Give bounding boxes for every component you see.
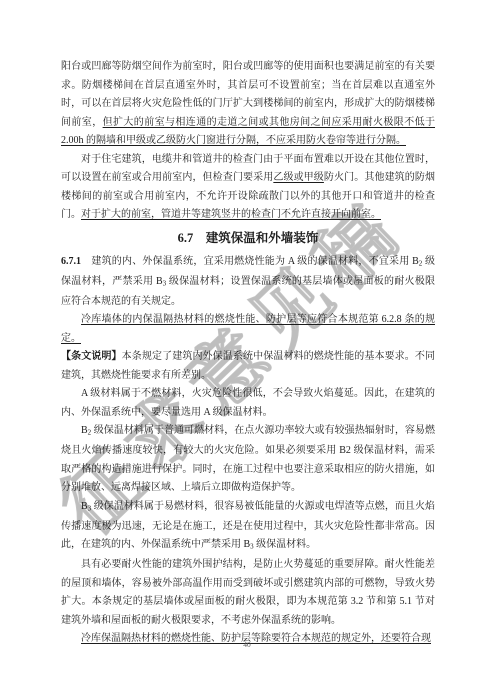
- document-content: 阳台或凹廊等防烟空间作为前室时，阳台或凹廊等的使用面积也要满足前室的有关要求。防…: [61, 58, 435, 649]
- text-segment: A 级材料属于不燃材料，火灾危险性很低，不会导致火焰蔓延。因此，在建筑的内、外保…: [61, 388, 435, 418]
- page-number: 40: [0, 640, 494, 649]
- text-segment: 级保温材料属于普通可燃材料，在点火源功率较大或有较强热辐射时，容易燃烧且火焰传播…: [61, 425, 435, 493]
- paragraph: 6.7.1 建筑的内、外保温系统，宜采用燃烧性能为 A 级的保温材料，不宜采用 …: [61, 253, 435, 312]
- text-segment: B: [81, 501, 88, 512]
- bold-text: 6.7.1: [61, 256, 81, 267]
- body-paragraphs: 阳台或凹廊等防烟空间作为前室时，阳台或凹廊等的使用面积也要满足前室的有关要求。防…: [61, 58, 435, 649]
- text-segment: 级保温材料属于易燃材料，很容易被低能量的火源或电焊渣等点燃，而且火焰传播速度极为…: [61, 501, 435, 551]
- text-segment: 具有必要耐火性能的建筑外围护结构，是防止火势蔓延的重要屏障。耐火性能差的屋顶和墙…: [61, 559, 435, 626]
- underlined-text: 冷库墙体的内保温隔热材料的燃烧性能、防护层等应符合本规范第 6.2.8 条的规定…: [61, 314, 435, 344]
- paragraph: 阳台或凹廊等防烟空间作为前室时，阳台或凹廊等的使用面积也要满足前室的有关要求。防…: [61, 58, 435, 151]
- section-heading: 6.7 建筑保温和外墙装饰: [61, 229, 435, 248]
- underlined-text: 对于扩大的前室，管道井等建筑竖井的检查门不允许直接开向前室。: [81, 209, 381, 220]
- paragraph: A 级材料属于不燃材料，火灾危险性很低，不会导致火焰蔓延。因此，在建筑的内、外保…: [61, 385, 435, 422]
- underlined-text: 乙级或甲级: [273, 172, 324, 183]
- paragraph: 具有必要耐火性能的建筑外围护结构，是防止火势蔓延的重要屏障。耐火性能差的屋顶和墙…: [61, 556, 435, 630]
- paragraph: B2 级保温材料属于普通可燃材料，在点火源功率较大或有较强热辐射时，容易燃烧且火…: [61, 422, 435, 498]
- paragraph: 对于住宅建筑，电缆井和管道井的检查门由于平面布置难以开设在其他位置时，可以设置在…: [61, 151, 435, 225]
- paragraph: 【条文说明】本条规定了建筑内外保温系统中保温材料的燃烧性能的基本要求。不同建筑，…: [61, 348, 435, 385]
- paragraph: B3 级保温材料属于易燃材料，很容易被低能量的火源或电焊渣等点燃，而且火焰传播速…: [61, 498, 435, 557]
- text-segment: 建筑的内、外保温系统，宜采用燃烧性能为 A 级的保温材料，不宜采用 B: [81, 256, 419, 267]
- bold-text: 【条文说明】: [61, 351, 122, 362]
- document-page: 征求意见稿 阳台或凹廊等防烟空间作为前室时，阳台或凹廊等的使用面积也要满足前室的…: [0, 0, 494, 700]
- paragraph: 冷库墙体的内保温隔热材料的燃烧性能、防护层等应符合本规范第 6.2.8 条的规定…: [61, 311, 435, 348]
- underlined-text: 但扩大的前室与相连通的走道之间或其他房间之间应采用耐火极限不低于 2.00h 的…: [61, 117, 435, 147]
- text-segment: B: [81, 425, 88, 436]
- text-segment: 级保温材料。: [254, 539, 317, 550]
